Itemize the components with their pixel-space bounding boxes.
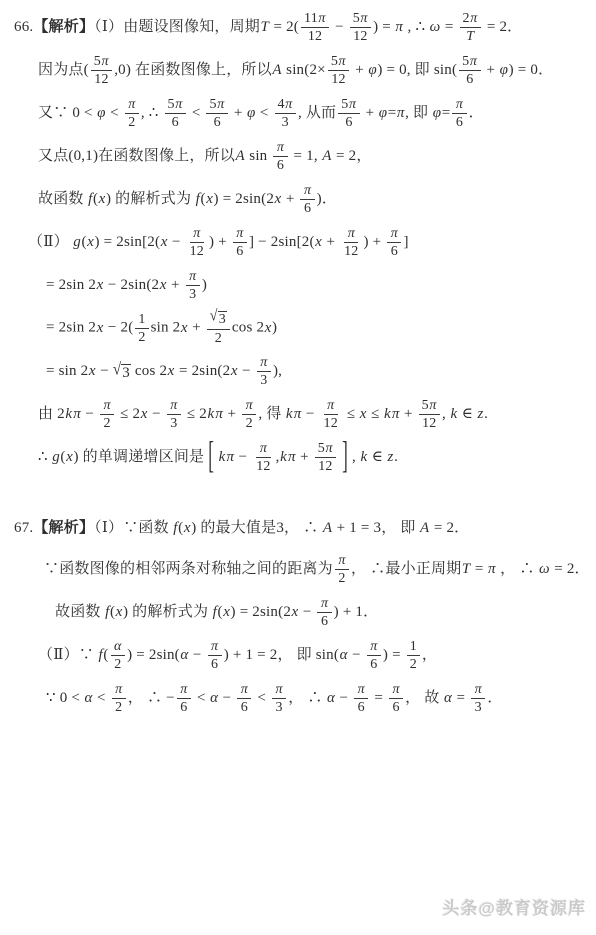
line-content: 67.【解析】（Ⅰ）∵函数 f(x) 的最大值是3， ∴ A + 1 = 3， … (14, 516, 469, 537)
fraction: √32 (207, 310, 230, 346)
fraction: π6 (177, 682, 191, 715)
fraction: π3 (167, 398, 181, 431)
fraction: π2 (242, 398, 256, 431)
fraction: π6 (387, 226, 401, 259)
fraction: 11π12 (301, 11, 329, 44)
line-content: 又∵ 0 < φ < π2, ∴ 5π6 < 5π6 + φ < 4π3, 从而… (38, 97, 484, 130)
line-content: ∵ 0 < α < π2， ∴ −π6 < α − π6 < π3， ∴ α −… (46, 682, 503, 715)
fraction: 2πT (460, 11, 481, 44)
solution-line: （Ⅱ）∵ f(α2) = 2sin(α − π6) + 1 = 2， 即 sin… (0, 634, 596, 677)
square-root: √3 (210, 311, 227, 328)
solution-line: = 2sin 2x − 2(12sin 2x + √32cos 2x) (0, 307, 596, 350)
line-content: 因为点(5π12,0) 在函数图像上，所以A sin(2×5π12 + φ) =… (38, 54, 553, 87)
fraction: π6 (237, 682, 251, 715)
fraction: π3 (272, 682, 286, 715)
watermark: 头条@教育资源库 (442, 894, 586, 919)
line-content: = sin 2x − √3 cos 2x = 2sin(2x − π3), (46, 355, 282, 388)
fraction: π6 (300, 183, 314, 216)
line-content: ∵函数图像的相邻两条对称轴之间的距离为π2， ∴最小正周期T = π ， ∴ ω… (44, 553, 590, 586)
fraction: 5π6 (459, 54, 480, 87)
line-content: 又点(0,1)在函数图像上，所以A sin π6 = 1, A = 2， (38, 140, 372, 173)
document-page: 66.【解析】（Ⅰ）由题设图像知，周期T = 2(11π12 − 5π12) =… (0, 0, 596, 935)
fraction: 5π12 (350, 11, 371, 44)
square-root: √3 (113, 364, 131, 382)
line-content: = 2sin 2x − 2(12sin 2x + √32cos 2x) (46, 310, 277, 346)
fraction: π6 (233, 226, 247, 259)
fraction: π6 (208, 639, 222, 672)
fraction: π6 (317, 596, 331, 629)
fraction: π2 (100, 398, 114, 431)
fraction: π12 (321, 398, 341, 431)
line-content: ∴ g(x) 的单调递增区间是[kπ − π12,kπ + 5π12], k ∈… (38, 441, 398, 474)
fraction: π2 (125, 97, 139, 130)
fraction: π6 (452, 97, 466, 130)
solution-line: 故函数 f(x) 的解析式为 f(x) = 2sin(2x − π6) + 1． (0, 591, 596, 634)
solution-line: 因为点(5π12,0) 在函数图像上，所以A sin(2×5π12 + φ) =… (0, 49, 596, 92)
solution-line: 又∵ 0 < φ < π2, ∴ 5π6 < 5π6 + φ < 4π3, 从而… (0, 92, 596, 135)
fraction: 5π12 (419, 398, 440, 431)
solution-line: （Ⅱ） g(x) = 2sin[2(x − π12) + π6] − 2sin[… (0, 221, 596, 264)
solution-line: 又点(0,1)在函数图像上，所以A sin π6 = 1, A = 2， (0, 135, 596, 178)
solution-line: ∵函数图像的相邻两条对称轴之间的距离为π2， ∴最小正周期T = π ， ∴ ω… (0, 548, 596, 591)
fraction: 5π12 (91, 54, 112, 87)
line-content: （Ⅱ）∵ f(α2) = 2sin(α − π6) + 1 = 2， 即 sin… (38, 639, 437, 672)
fraction: π6 (367, 639, 381, 672)
fraction: 5π12 (315, 441, 336, 474)
fraction: 12 (407, 639, 420, 672)
fraction: π6 (389, 682, 403, 715)
fraction: π12 (341, 226, 361, 259)
fraction: π3 (257, 355, 271, 388)
solution-line: = sin 2x − √3 cos 2x = 2sin(2x − π3), (0, 350, 596, 393)
fraction: 12 (135, 312, 148, 345)
solution-line: = 2sin 2x − 2sin(2x + π3) (0, 264, 596, 307)
fraction: 4π3 (275, 97, 296, 130)
solution-line: ∵ 0 < α < π2， ∴ −π6 < α − π6 < π3， ∴ α −… (0, 677, 596, 720)
fraction: 5π6 (206, 97, 227, 130)
solution-line: 由 2kπ − π2 ≤ 2x − π3 ≤ 2kπ + π2, 得 kπ − … (0, 393, 596, 436)
line-content: = 2sin 2x − 2sin(2x + π3) (46, 269, 207, 302)
fraction: π3 (471, 682, 485, 715)
solution-line: 66.【解析】（Ⅰ）由题设图像知，周期T = 2(11π12 − 5π12) =… (0, 6, 596, 49)
fraction: 5π12 (328, 54, 349, 87)
fraction: π2 (335, 553, 349, 586)
line-content: 故函数 f(x) 的解析式为 f(x) = 2sin(2x + π6)． (38, 183, 337, 216)
fraction: π12 (253, 441, 273, 474)
fraction: π2 (112, 682, 126, 715)
line-content: 由 2kπ − π2 ≤ 2x − π3 ≤ 2kπ + π2, 得 kπ − … (38, 398, 488, 431)
fraction: 5π6 (338, 97, 359, 130)
fraction: π6 (273, 140, 287, 173)
line-content: 故函数 f(x) 的解析式为 f(x) = 2sin(2x − π6) + 1． (55, 596, 378, 629)
solution-line: ∴ g(x) 的单调递增区间是[kπ − π12,kπ + 5π12], k ∈… (0, 436, 596, 479)
fraction: 5π6 (165, 97, 186, 130)
solution-line: 故函数 f(x) 的解析式为 f(x) = 2sin(2x + π6)． (0, 178, 596, 221)
line-content: （Ⅱ） g(x) = 2sin[2(x − π12) + π6] − 2sin[… (28, 226, 409, 259)
fraction: π12 (187, 226, 207, 259)
fraction: α2 (111, 639, 126, 672)
right-big-bracket: ] (342, 433, 348, 478)
line-content: 66.【解析】（Ⅰ）由题设图像知，周期T = 2(11π12 − 5π12) =… (14, 11, 522, 44)
fraction: π3 (186, 269, 200, 302)
solution-lines: 66.【解析】（Ⅰ）由题设图像知，周期T = 2(11π12 − 5π12) =… (0, 6, 596, 720)
fraction: π6 (354, 682, 368, 715)
solution-line: 67.【解析】（Ⅰ）∵函数 f(x) 的最大值是3， ∴ A + 1 = 3， … (0, 505, 596, 548)
left-big-bracket: [ (208, 433, 214, 478)
